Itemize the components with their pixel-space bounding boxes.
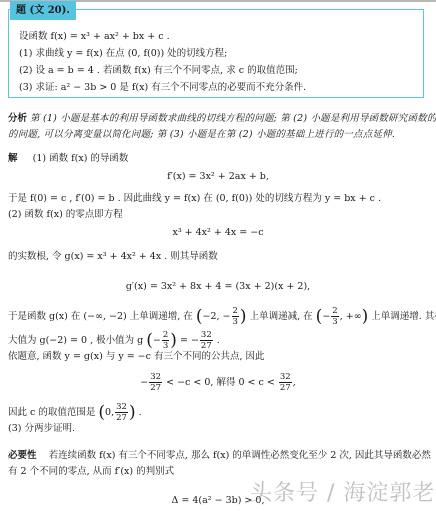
necessity-text-1: 若连续函数 f(x) 有三个不同零点, 那么 f(x) 的单调性必然变化至少 2… bbox=[49, 450, 431, 461]
mono-text-b: 上单调递减, 在 bbox=[250, 311, 313, 322]
fraction-2-3: 23 bbox=[232, 306, 239, 327]
equation-fprime: f′(x) = 3x² + 2ax + b, bbox=[0, 170, 436, 184]
minus-sign: − bbox=[140, 377, 148, 388]
plus-infinity: , +∞ bbox=[340, 311, 362, 322]
inequality-mid: < −c < 0, 解得 0 < c < bbox=[166, 377, 275, 388]
fraction-2-3: 23 bbox=[162, 330, 169, 351]
comma: , bbox=[293, 377, 296, 388]
solution-heading: 解 bbox=[8, 153, 18, 164]
problem-part-3: (3) 求证: a² − 3b > 0 是 f(x) 有三个不同零点的必要而不充… bbox=[19, 81, 306, 95]
solution-p2-monotonic: 于是函数 g(x) 在 (−∞, −2) 上单调递增, 在 (−2, −23) … bbox=[8, 306, 436, 327]
problem-part-2: (2) 设 a = b = 4 . 若函数 f(x) 有三个不同零点, 求 c … bbox=[19, 64, 298, 78]
necessity-line-2: 有 2 个不同的零点, 从而 f′(x) 的判别式 bbox=[8, 465, 174, 479]
fraction-32-27: 3227 bbox=[149, 372, 162, 393]
solution-p2-intro: (2) 函数 f(x) 的零点即方程 bbox=[8, 208, 123, 222]
problem-part-1: (1) 求曲线 y = f(x) 在点 (0, f(0)) 处的切线方程; bbox=[19, 47, 227, 61]
paren-close: ) bbox=[170, 331, 177, 351]
solution-p1-result: 于是 f(0) = c , f′(0) = b . 因此曲线 y = f(x) … bbox=[8, 192, 381, 206]
extreme-text-b: = − bbox=[180, 335, 199, 346]
mono-text-c: 上单调递增. 其极 bbox=[371, 311, 436, 322]
analysis-heading: 分析 bbox=[8, 113, 27, 124]
watermark: 头条号 / 海淀郭老师 bbox=[250, 476, 436, 507]
extreme-text-a: 大值为 g(−2) = 0 , 极小值为 g bbox=[8, 335, 143, 346]
inequality-c: −3227 < −c < 0, 解得 0 < c < 3227, bbox=[0, 372, 436, 393]
range-text: 因此 c 的取值范围是 bbox=[8, 407, 95, 418]
interval-neg2: −2, − bbox=[202, 311, 230, 322]
paren-open: ( bbox=[146, 331, 153, 351]
solution-p2-gx: 的实数根, 令 g(x) = x³ + 4x² + 4x . 则其导函数 bbox=[8, 250, 218, 264]
fraction-32-27: 3227 bbox=[279, 372, 292, 393]
period: . bbox=[217, 335, 220, 346]
necessity-line-1: 必要性 若连续函数 f(x) 有三个不同零点, 那么 f(x) 的单调性必然变化… bbox=[8, 449, 431, 463]
solution-p2-extrema: 大值为 g(−2) = 0 , 极小值为 g (−23) = −3227 . bbox=[8, 330, 220, 351]
equation-cubic: x³ + 4x² + 4x = −c bbox=[0, 226, 436, 240]
problem-label: 题 (文 20). bbox=[10, 1, 76, 20]
analysis-line-2: 的问题, 可以分离变量以简化问题; 第 (3) 小题是在第 (2) 小题的基础上… bbox=[8, 128, 395, 142]
minus-sign: − bbox=[153, 335, 161, 346]
mono-text-a: 于是函数 g(x) 在 (−∞, −2) 上单调递增, 在 bbox=[8, 311, 193, 322]
solution-p1-intro: 解 (1) 函数 f(x) 的导函数 bbox=[8, 152, 128, 166]
fraction-32-27: 3227 bbox=[200, 330, 213, 351]
paren-close: ) bbox=[362, 307, 369, 327]
analysis-text-1: 第 (1) 小题是基本的利用导函数求曲线的切线方程的问题; 第 (2) 小题是利… bbox=[30, 113, 436, 124]
solution-p2-range: 因此 c 的取值范围是 (0,3227) . bbox=[8, 402, 142, 423]
analysis-line-1: 分析 第 (1) 小题是基本的利用导函数求曲线的切线方程的问题; 第 (2) 小… bbox=[8, 112, 436, 126]
solution-p2-common: 依题意, 函数 y = g(x) 与 y = −c 有三个不同的公共点, 因此 bbox=[8, 350, 265, 364]
solution-p1-text: (1) 函数 f(x) 的导函数 bbox=[33, 153, 129, 164]
fraction-2-3: 23 bbox=[331, 306, 338, 327]
problem-box: 设函数 f(x) = x³ + ax² + bx + c . (1) 求曲线 y… bbox=[8, 9, 424, 98]
paren-close: ) bbox=[240, 307, 247, 327]
paren-close: ) bbox=[129, 403, 136, 423]
necessity-heading: 必要性 bbox=[8, 450, 37, 461]
equation-gprime: g′(x) = 3x² + 8x + 4 = (3x + 2)(x + 2), bbox=[0, 280, 436, 294]
fraction-32-27: 3227 bbox=[115, 402, 128, 423]
period: . bbox=[139, 407, 142, 418]
problem-statement: 设函数 f(x) = x³ + ax² + bx + c . bbox=[19, 30, 170, 44]
zero-comma: 0, bbox=[105, 407, 114, 418]
solution-p3-intro: (3) 分两步证明. bbox=[8, 422, 75, 436]
minus-sign: − bbox=[322, 311, 330, 322]
